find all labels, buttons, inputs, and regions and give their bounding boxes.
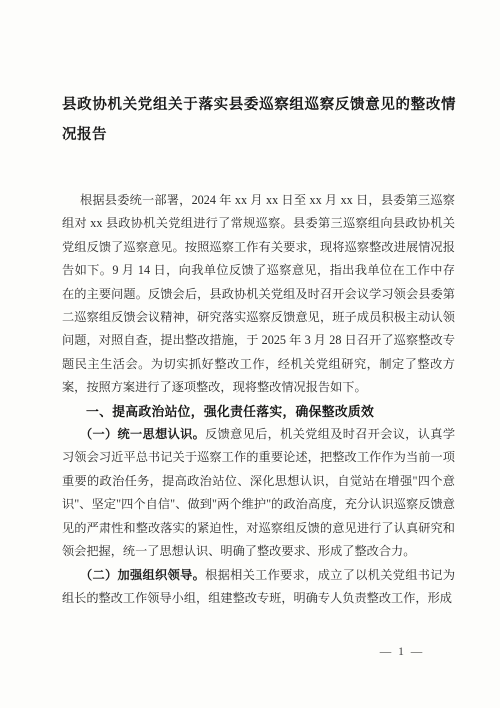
sub1-lead: （一）统一思想认识。 — [80, 427, 205, 441]
sub1-text: 反馈意见后，机关党组及时召开会议，认真学习领会习近平总书记关于巡察工作的重要论述… — [62, 427, 455, 558]
document-body: 根据县委统一部署，2024 年 xx 月 xx 日至 xx 月 xx 日，县委第… — [62, 189, 455, 610]
sub2-lead: （二）加强组织领导。 — [80, 568, 205, 582]
document-page: 县政协机关党组关于落实县委巡察组巡察反馈意见的整改情况报告 根据县委统一部署，2… — [0, 0, 500, 708]
paragraph-sub2: （二）加强组织领导。根据相关工作要求，成立了以机关党组书记为组长的整改工作领导小… — [62, 564, 455, 611]
section-heading: 一、提高政治站位，强化责任落实，确保整改质效 — [62, 400, 455, 423]
paragraph-sub1: （一）统一思想认识。反馈意见后，机关党组及时召开会议，认真学习领会习近平总书记关… — [62, 423, 455, 563]
document-title: 县政协机关党组关于落实县委巡察组巡察反馈意见的整改情况报告 — [62, 90, 456, 150]
paragraph-intro: 根据县委统一部署，2024 年 xx 月 xx 日至 xx 月 xx 日，县委第… — [62, 189, 455, 400]
page-number: — 1 — — [360, 646, 444, 658]
